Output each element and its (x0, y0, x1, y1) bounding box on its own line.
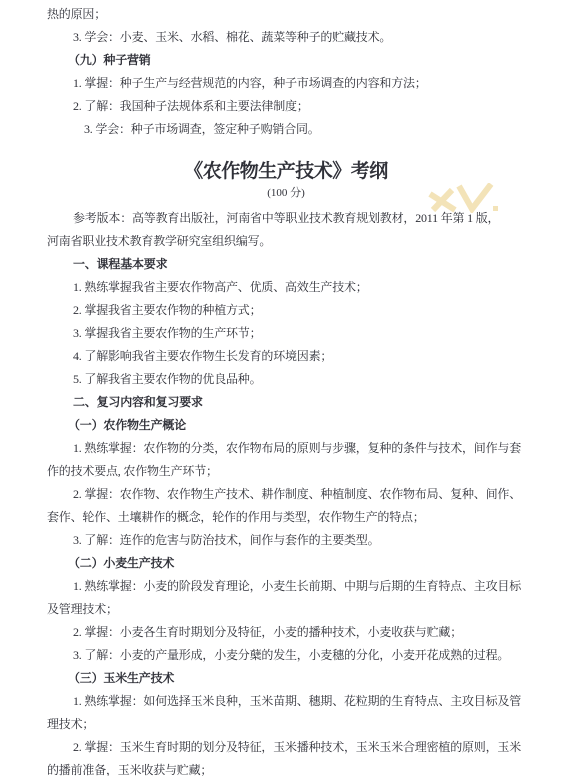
heading-review-content: 二、复习内容和复习要求 (47, 391, 525, 414)
text-line: 1. 掌握：种子生产与经营规范的内容，种子市场调查的内容和方法； (47, 72, 525, 95)
text-line: 及管理技术； (47, 598, 525, 621)
heading-crop-production-overview: （一）农作物生产概论 (47, 414, 525, 437)
text-line: 1. 熟练掌握：如何选择玉米良种，玉米苗期、穗期、花粒期的生育特点、主攻目标及管 (47, 690, 525, 713)
text-line: 热的原因； (47, 3, 525, 26)
text-line: 1. 熟练掌握：小麦的阶段发育理论，小麦生长前期、中期与后期的生育特点、主攻目标 (47, 575, 525, 598)
text-line: 河南省职业技术教育教学研究室组织编写。 (47, 230, 525, 253)
page-title: 《农作物生产技术》考纲 (47, 159, 525, 185)
heading-corn-production: （三）玉米生产技术 (47, 667, 525, 690)
text-line: 2. 掌握我省主要农作物的种植方式； (47, 299, 525, 322)
text-line: 的播前准备，玉米收获与贮藏； (47, 759, 525, 776)
heading-course-requirements: 一、课程基本要求 (47, 253, 525, 276)
text-line: 3. 了解：小麦的产量形成，小麦分蘖的发生，小麦穗的分化，小麦开花成熟的过程。 (47, 644, 525, 667)
heading-seed-marketing: （九）种子营销 (47, 49, 525, 72)
text-line: 3. 学会：种子市场调查，签定种子购销合同。 (47, 118, 525, 141)
text-line: 4. 了解影响我省主要农作物生长发育的环境因素； (47, 345, 525, 368)
text-line: 理技术； (47, 713, 525, 736)
text-line: 2. 掌握：玉米生育时期的划分及特征，玉米播种技术，玉米玉米合理密植的原则，玉米 (47, 736, 525, 759)
text-line: 参考版本：高等教育出版社，河南省中等职业技术教育规划教材，2011 年第 1 版… (47, 207, 525, 230)
document-page: 热的原因； 3. 学会：小麦、玉米、水稻、棉花、蔬菜等种子的贮藏技术。 （九）种… (0, 0, 565, 776)
text-line: 套作、轮作、土壤耕作的概念，轮作的作用与类型，农作物生产的特点； (47, 506, 525, 529)
heading-wheat-production: （二）小麦生产技术 (47, 552, 525, 575)
text-line: 2. 了解：我国种子法规体系和主要法律制度； (47, 95, 525, 118)
score-subtitle: (100 分) (47, 185, 525, 201)
text-line: 3. 学会：小麦、玉米、水稻、棉花、蔬菜等种子的贮藏技术。 (47, 26, 525, 49)
text-line: 3. 了解：连作的危害与防治技术，间作与套作的主要类型。 (47, 529, 525, 552)
text-line: 2. 掌握：农作物、农作物生产技术、耕作制度、种植制度、农作物布局、复种、间作、 (47, 483, 525, 506)
text-line: 3. 掌握我省主要农作物的生产环节； (47, 322, 525, 345)
text-line: 1. 熟练掌握：农作物的分类，农作物布局的原则与步骤，复种的条件与技术，间作与套 (47, 437, 525, 460)
text-line: 2. 掌握：小麦各生育时期划分及特征，小麦的播种技术，小麦收获与贮藏； (47, 621, 525, 644)
text-line: 作的技术要点, 农作物生产环节； (47, 460, 525, 483)
text-line: 5. 了解我省主要农作物的优良品种。 (47, 368, 525, 391)
text-line: 1. 熟练掌握我省主要农作物高产、优质、高效生产技术； (47, 276, 525, 299)
